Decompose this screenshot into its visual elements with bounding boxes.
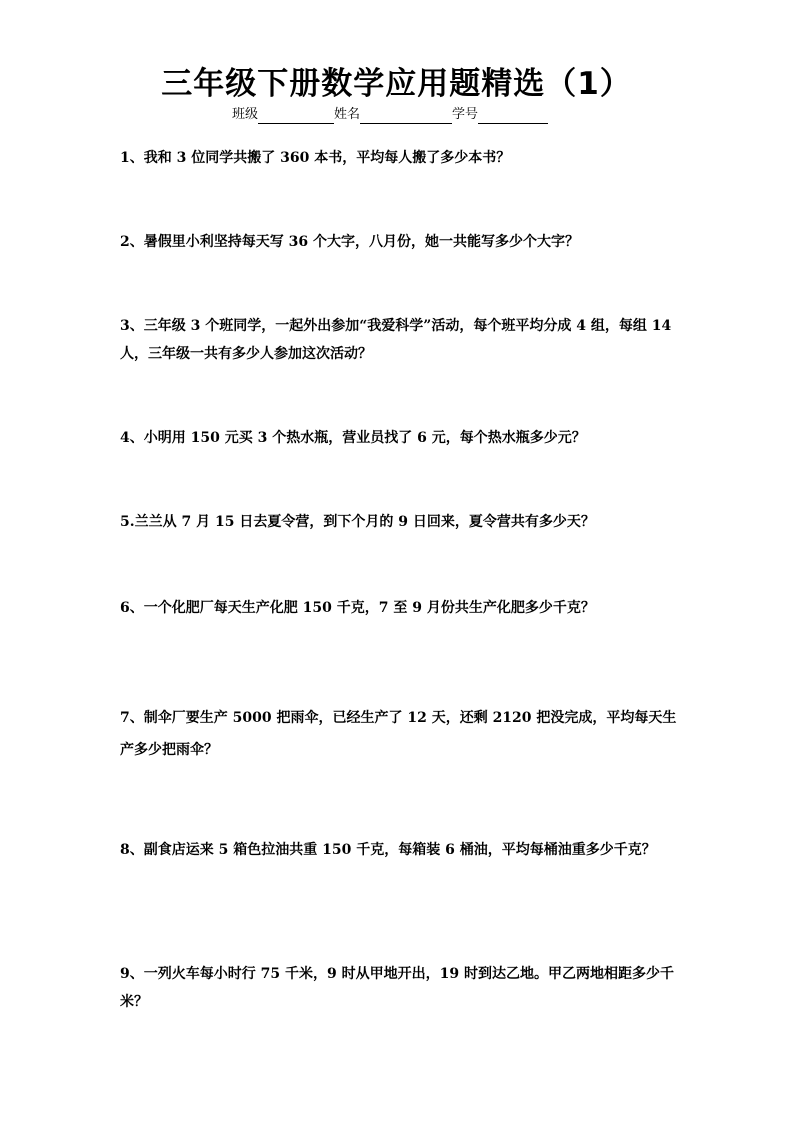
question-2: 2、暑假里小利坚持每天写 36 个大字，八月份，她一共能写多少个大字？	[120, 228, 680, 256]
question-number: 2、	[120, 234, 144, 250]
question-text: 一列火车每小时行 75 千米，9 时从甲地开出，19 时到达乙地。甲乙两地相距多…	[120, 966, 674, 1010]
question-number: 4、	[120, 430, 144, 446]
name-label: 姓名	[334, 106, 360, 124]
question-1: 1、我和 3 位同学共搬了 360 本书，平均每人搬了多少本书？	[120, 144, 680, 172]
student-info-row: 班级 姓名 学号	[232, 106, 548, 124]
question-number: 5.	[120, 514, 135, 530]
class-label: 班级	[232, 106, 258, 124]
question-text: 小明用 150 元买 3 个热水瓶，营业员找了 6 元，每个热水瓶多少元？	[144, 430, 586, 446]
question-5: 5.兰兰从 7 月 15 日去夏令营，到下个月的 9 日回来，夏令营共有多少天？	[120, 508, 680, 536]
question-number: 1、	[120, 150, 144, 166]
question-text: 制伞厂要生产 5000 把雨伞，已经生产了 12 天，还剩 2120 把没完成，…	[120, 710, 676, 758]
question-number: 6、	[120, 600, 144, 616]
question-6: 6、一个化肥厂每天生产化肥 150 千克，7 至 9 月份共生产化肥多少千克？	[120, 594, 680, 622]
question-text: 三年级 3 个班同学，一起外出参加“我爱科学”活动，每个班平均分成 4 组，每组…	[120, 318, 671, 362]
question-text: 一个化肥厂每天生产化肥 150 千克，7 至 9 月份共生产化肥多少千克？	[144, 600, 595, 616]
student-number-label: 学号	[452, 106, 478, 124]
student-number-blank[interactable]	[478, 108, 548, 124]
question-text: 暑假里小利坚持每天写 36 个大字，八月份，她一共能写多少个大字？	[144, 234, 579, 250]
question-text: 副食店运来 5 箱色拉油共重 150 千克，每箱装 6 桶油，平均每桶油重多少千…	[144, 842, 656, 858]
page-title: 三年级下册数学应用题精选（1）	[0, 64, 793, 104]
question-number: 7、	[120, 710, 144, 726]
question-8: 8、副食店运来 5 箱色拉油共重 150 千克，每箱装 6 桶油，平均每桶油重多…	[120, 836, 680, 864]
name-blank[interactable]	[360, 108, 452, 124]
question-3: 3、三年级 3 个班同学，一起外出参加“我爱科学”活动，每个班平均分成 4 组，…	[120, 312, 680, 368]
question-number: 3、	[120, 318, 144, 334]
question-4: 4、小明用 150 元买 3 个热水瓶，营业员找了 6 元，每个热水瓶多少元？	[120, 424, 680, 452]
question-number: 8、	[120, 842, 144, 858]
class-blank[interactable]	[258, 108, 334, 124]
question-number: 9、	[120, 966, 144, 982]
question-7: 7、制伞厂要生产 5000 把雨伞，已经生产了 12 天，还剩 2120 把没完…	[120, 702, 680, 766]
question-9: 9、一列火车每小时行 75 千米，9 时从甲地开出，19 时到达乙地。甲乙两地相…	[120, 960, 680, 1016]
question-text: 我和 3 位同学共搬了 360 本书，平均每人搬了多少本书？	[144, 150, 510, 166]
question-text: 兰兰从 7 月 15 日去夏令营，到下个月的 9 日回来，夏令营共有多少天？	[135, 514, 595, 530]
